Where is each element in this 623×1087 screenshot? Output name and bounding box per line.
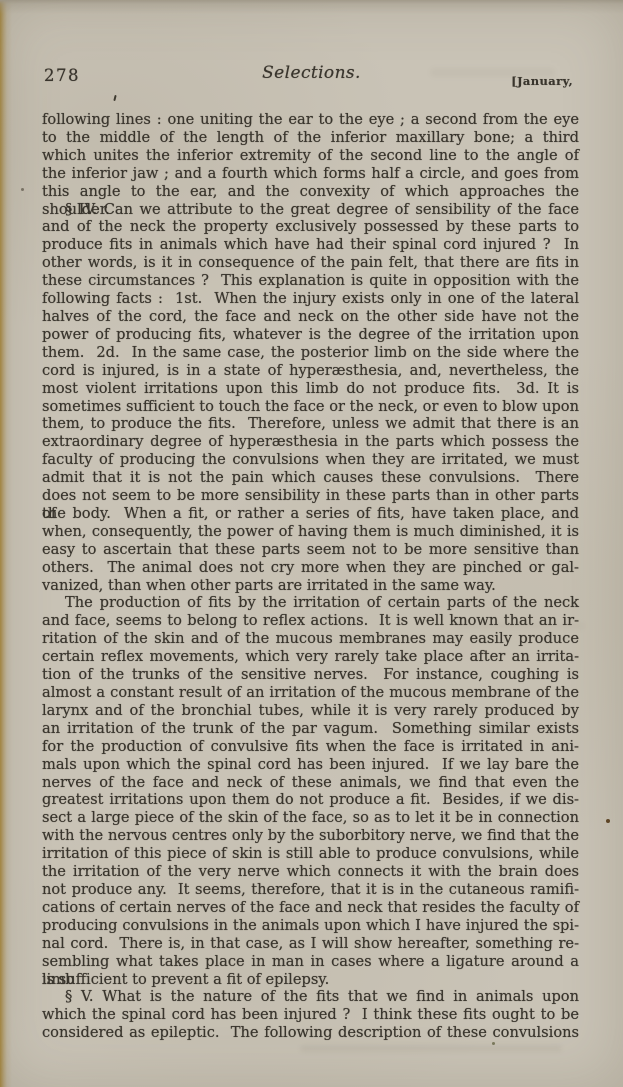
ink-speck [606, 819, 610, 823]
text-line: other words, is it in consequence of the… [42, 254, 579, 272]
text-line: for the production of convulsive fits wh… [42, 738, 579, 756]
text-line: larynx and of the bronchial tubes, while… [42, 702, 579, 720]
text-line: and face, seems to belong to reflex acti… [42, 612, 579, 630]
issue-label: [January, [511, 74, 573, 88]
ink-speck [113, 95, 116, 101]
text-line: mals upon which the spinal cord has been… [42, 756, 579, 774]
text-line: does not seem to be more sensibility in … [42, 487, 579, 505]
text-line: the irritation of the very nerve which c… [42, 863, 579, 881]
text-line: when, consequently, the power of having … [42, 523, 579, 541]
text-line: sect a large piece of the skin of the fa… [42, 809, 579, 827]
text-line: them, to produce the fits. Therefore, un… [42, 415, 579, 433]
ink-speck [21, 188, 24, 191]
text-line: § IV. Can we attribute to the great degr… [42, 201, 579, 219]
text-line: with the nervous centres only by the sub… [42, 827, 579, 845]
text-line: following lines : one uniting the ear to… [42, 111, 579, 129]
text-line: not produce any. It seems, therefore, th… [42, 881, 579, 899]
text-line: § V. What is the nature of the fits that… [42, 988, 579, 1006]
text-line: these circumstances ? This explanation i… [42, 272, 579, 290]
text-line: easy to ascertain that these parts seem … [42, 541, 579, 559]
text-line: sembling what takes place in man in case… [42, 953, 579, 971]
text-line: extraordinary degree of hyperæsthesia in… [42, 433, 579, 451]
showthrough-smudge [300, 1045, 562, 1052]
text-line: produce fits in animals which have had t… [42, 236, 579, 254]
text-line: the inferior jaw ; and a fourth which fo… [42, 165, 579, 183]
scanned-book-page: 278 Selections. [January, following line… [0, 0, 623, 1087]
text-line: to the middle of the length of the infer… [42, 129, 579, 147]
text-line: admit that it is not the pain which caus… [42, 469, 579, 487]
text-line: irritation of this piece of skin is stil… [42, 845, 579, 863]
text-line: producing convulsions in the animals upo… [42, 917, 579, 935]
text-line: the body. When a fit, or rather a series… [42, 505, 579, 523]
text-line: and of the neck the property exclusively… [42, 218, 579, 236]
text-line: cations of certain nerves of the face an… [42, 899, 579, 917]
text-line: considered as epileptic. The following d… [42, 1024, 579, 1042]
text-line: greatest irritations upon them do not pr… [42, 791, 579, 809]
body-text: following lines : one uniting the ear to… [42, 111, 579, 1042]
text-line: faculty of producing the convulsions whe… [42, 451, 579, 469]
text-line: halves of the cord, the face and neck on… [42, 308, 579, 326]
text-line: nal cord. There is, in that case, as I w… [42, 935, 579, 953]
text-line: following facts : 1st. When the injury e… [42, 290, 579, 308]
text-line: nerves of the face and neck of these ani… [42, 774, 579, 792]
text-line: is sufficient to prevent a fit of epilep… [42, 971, 579, 989]
text-line: most violent irritations upon this limb … [42, 380, 579, 398]
text-line: power of producing fits, whatever is the… [42, 326, 579, 344]
text-line: which the spinal cord has been injured ?… [42, 1006, 579, 1024]
text-line: tion of the trunks of the sensitive nerv… [42, 666, 579, 684]
text-line: which unites the inferior extremity of t… [42, 147, 579, 165]
text-line: vanized, than when other parts are irrit… [42, 577, 579, 595]
text-line: cord is injured, is in a state of hyperæ… [42, 362, 579, 380]
text-line: sometimes sufficient to touch the face o… [42, 398, 579, 416]
text-line: them. 2d. In the same case, the posterio… [42, 344, 579, 362]
text-line: this angle to the ear, and the convexity… [42, 183, 579, 201]
text-line: certain reflex movements, which very rar… [42, 648, 579, 666]
text-line: ritation of the skin and of the mucous m… [42, 630, 579, 648]
text-line: The production of fits by the irritation… [42, 594, 579, 612]
ink-speck [492, 1042, 495, 1045]
text-line: an irritation of the trunk of the par va… [42, 720, 579, 738]
text-line: others. The animal does not cry more whe… [42, 559, 579, 577]
text-line: almost a constant result of an irritatio… [42, 684, 579, 702]
